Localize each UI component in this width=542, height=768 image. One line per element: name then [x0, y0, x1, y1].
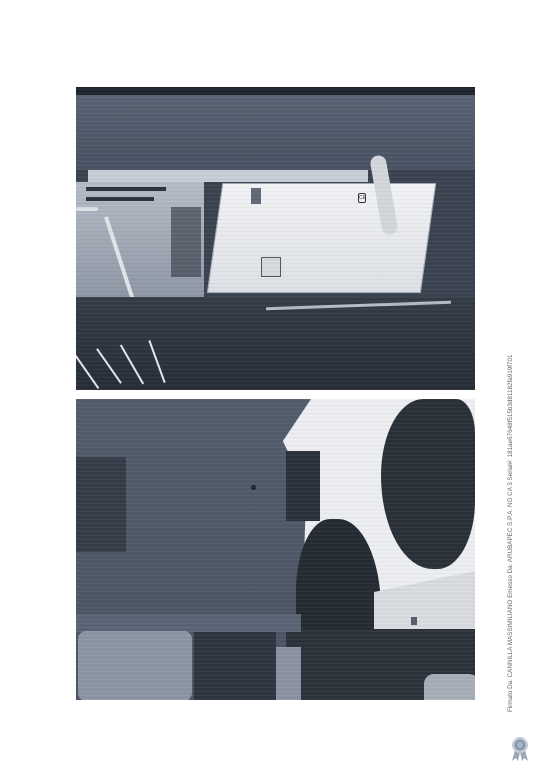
boiler-fitting	[251, 188, 261, 204]
wall-lamp	[251, 485, 256, 490]
beam	[88, 170, 368, 182]
parked-car	[424, 674, 475, 700]
floor-band	[76, 614, 301, 632]
wall-shadow	[76, 87, 475, 95]
photo-top-boiler: CE	[76, 87, 475, 390]
window-opening	[76, 457, 126, 552]
balcony	[286, 451, 320, 521]
stain	[171, 207, 201, 277]
railing-top	[76, 207, 98, 211]
garage-opening	[194, 632, 276, 700]
ceiling-surface	[76, 95, 475, 170]
house-window	[411, 617, 417, 625]
redaction-box	[78, 631, 192, 700]
photo-bottom-facade	[76, 399, 475, 700]
boiler-valve	[261, 257, 281, 277]
pillar	[276, 647, 301, 700]
boiler-unit	[208, 184, 435, 292]
pipe-1	[86, 187, 166, 191]
digital-signature-seal-icon	[510, 736, 530, 762]
pipe-2	[86, 197, 154, 201]
ce-mark-icon: CE	[358, 193, 366, 203]
digital-signature-text: Firmato Da: CANNILLA MASSIMILIANO Emesso…	[507, 355, 514, 712]
floor-shadow	[76, 297, 475, 390]
